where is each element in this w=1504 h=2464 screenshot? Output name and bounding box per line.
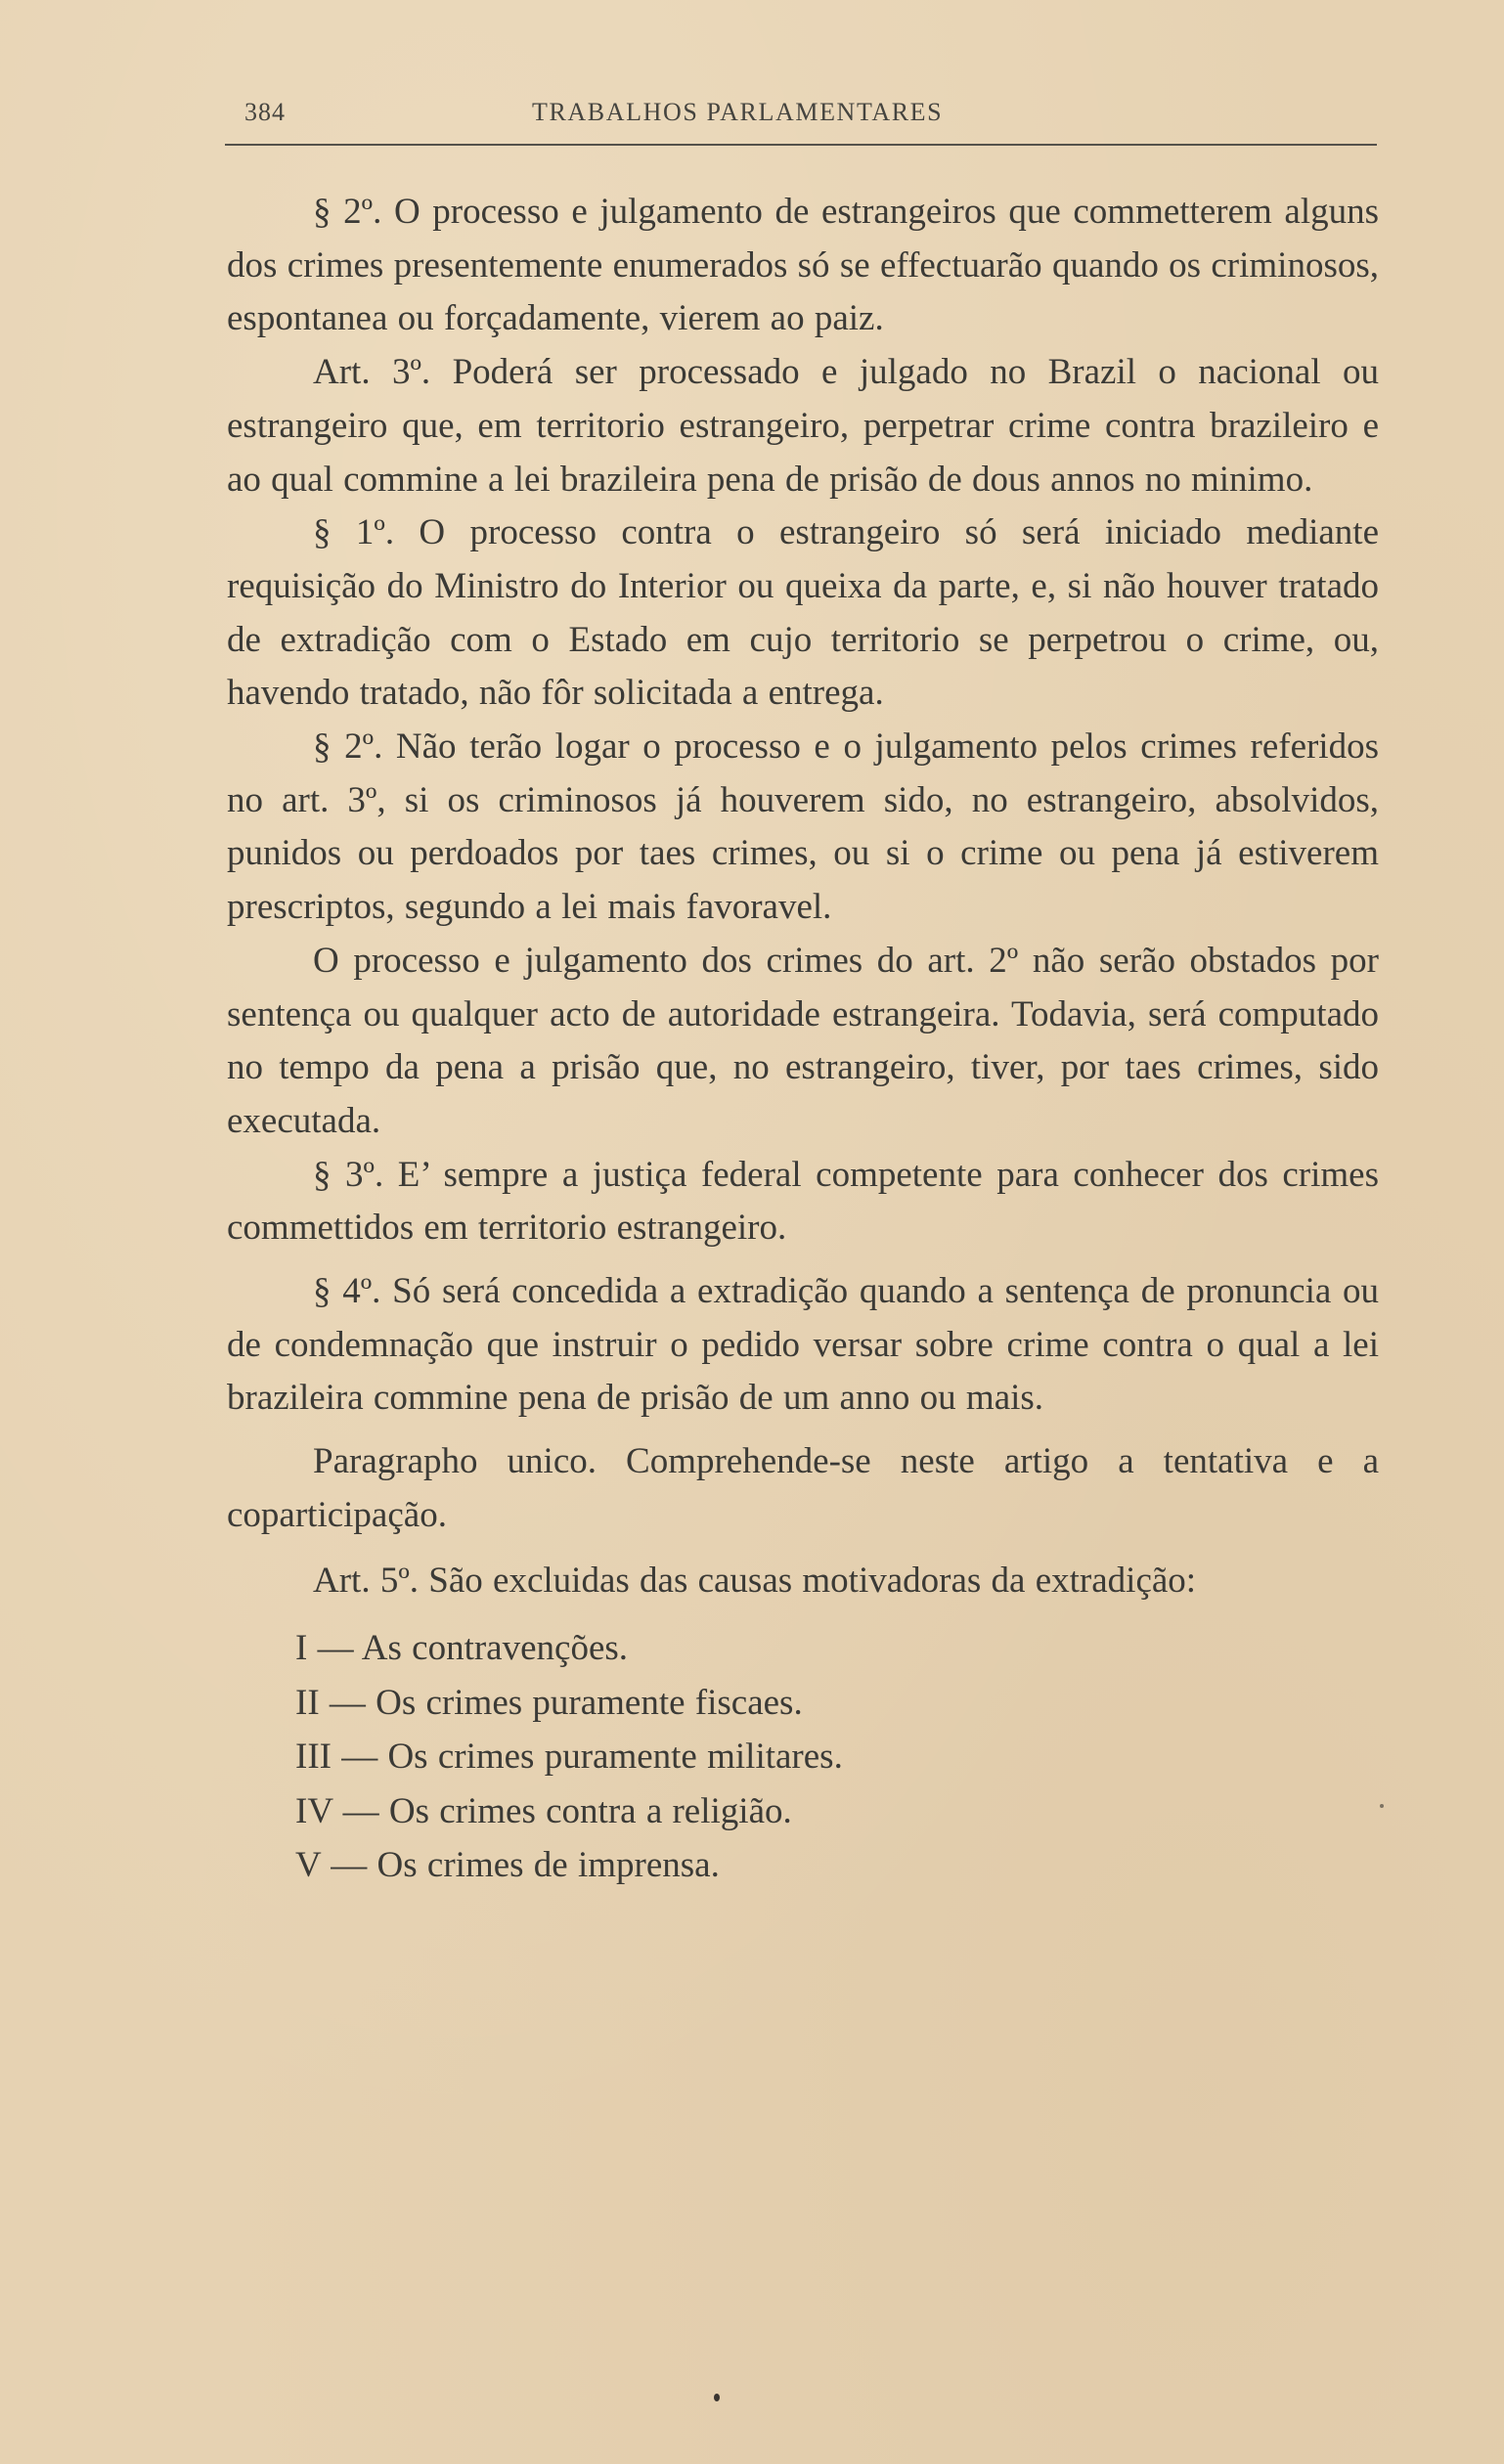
paper-speck xyxy=(714,2394,720,2401)
paragraph-section-2: § 2º. Não terão logar o processo e o jul… xyxy=(227,721,1379,935)
exclusion-item: IV — Os crimes contra a religião. xyxy=(227,1784,1379,1839)
exclusion-item: V — Os crimes de imprensa. xyxy=(227,1838,1379,1893)
paragraph-section-2-foreigners: § 2º. O processo e julgamento de estrang… xyxy=(227,186,1379,346)
paragraph-section-1: § 1º. O processo contra o estrangeiro só… xyxy=(227,506,1379,721)
header-rule xyxy=(225,144,1377,146)
paragraph-unico: Paragrapho unico. Comprehende-se neste a… xyxy=(227,1435,1379,1542)
page-number: 384 xyxy=(244,98,286,127)
running-title: TRABALHOS PARLAMENTARES xyxy=(532,98,943,127)
exclusions-list: I — As contravenções. II — Os crimes pur… xyxy=(227,1621,1379,1893)
exclusion-item: I — As contravenções. xyxy=(227,1621,1379,1676)
running-head: 384 TRABALHOS PARLAMENTARES xyxy=(227,90,1379,129)
exclusion-item: III — Os crimes puramente militares. xyxy=(227,1730,1379,1784)
paragraph-article-2-note: O processo e julgamento dos crimes do ar… xyxy=(227,935,1379,1149)
paragraph-article-5: Art. 5º. São excluidas das causas motiva… xyxy=(227,1555,1379,1608)
paragraph-article-3: Art. 3º. Poderá ser processado e julgado… xyxy=(227,346,1379,506)
paragraph-section-3: § 3º. E’ sempre a justiça federal compet… xyxy=(227,1149,1379,1255)
scanned-page: 384 TRABALHOS PARLAMENTARES § 2º. O proc… xyxy=(0,0,1504,2464)
paragraph-section-4: § 4º. Só será concedida a extradição qua… xyxy=(227,1265,1379,1426)
body-text: § 2º. O processo e julgamento de estrang… xyxy=(227,186,1379,1893)
paper-speck xyxy=(1380,1804,1384,1808)
exclusion-item: II — Os crimes puramente fiscaes. xyxy=(227,1676,1379,1731)
